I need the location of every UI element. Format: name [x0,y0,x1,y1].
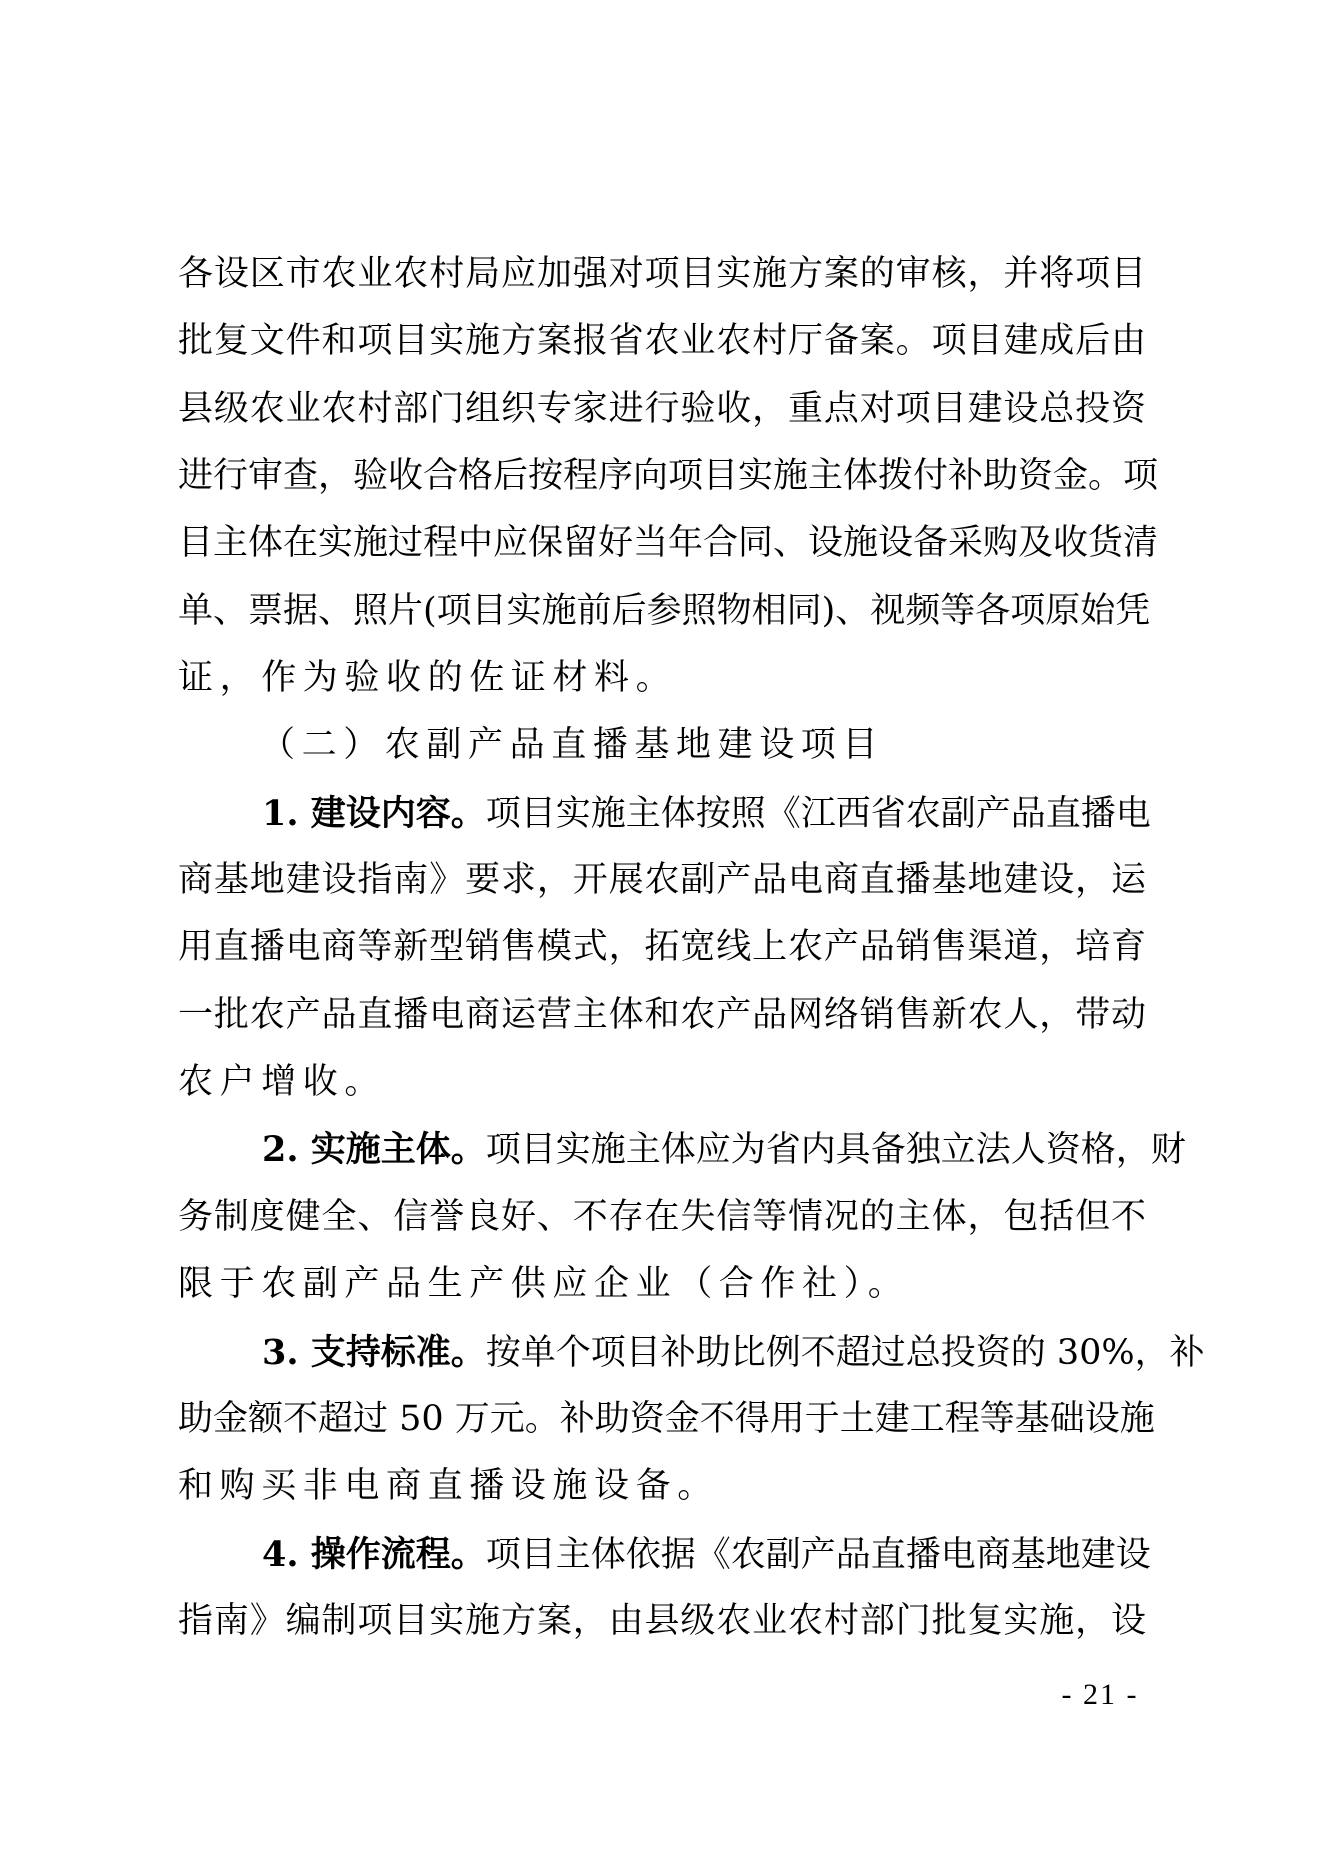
item-1-first-line: 1. 建设内容。项目实施主体按照《江西省农副产品直播电 [178,780,1146,847]
item-2-first-line: 2. 实施主体。项目实施主体应为省内具备独立法人资格，财 [178,1116,1146,1183]
page-number: - 21 - [1050,1678,1150,1712]
text-line: 用直播电商等新型销售模式，拓宽线上农产品销售渠道，培育 [178,914,1146,981]
text-line: 单、票据、照片(项目实施前后参照物相同)、视频等各项原始凭 [178,578,1146,645]
text-line: 县级农业农村部门组织专家进行验收，重点对项目建设总投资 [178,376,1146,443]
item-4-first-line: 4. 操作流程。项目主体依据《农副产品直播电商基地建设 [178,1521,1146,1588]
item-3-label: 3. 支持标准。 [262,1332,486,1373]
section-heading: （二）农副产品直播基地建设项目 [178,712,1146,779]
text-line: 农户增收。 [178,1049,1146,1116]
text-line: 限于农副产品生产供应企业（合作社）。 [178,1251,1146,1318]
item-1-label: 1. 建设内容。 [262,793,486,834]
document-body: 各设区市农业农村局应加强对项目实施方案的审核，并将项目 批复文件和项目实施方案报… [178,241,1146,1655]
text-line: 指南》编制项目实施方案，由县级农业农村部门批复实施，设 [178,1588,1146,1655]
text-line: 进行审查，验收合格后按程序向项目实施主体拨付补助资金。项 [178,443,1146,510]
item-4-text: 项目主体依据《农副产品直播电商基地建设 [486,1535,1151,1575]
text-line: 务制度健全、信誉良好、不存在失信等情况的主体，包括但不 [178,1184,1146,1251]
item-2-label: 2. 实施主体。 [262,1129,486,1170]
text-line: 和购买非电商直播设施设备。 [178,1453,1146,1520]
item-1-text: 项目实施主体按照《江西省农副产品直播电 [486,794,1151,834]
item-2-text: 项目实施主体应为省内具备独立法人资格，财 [486,1130,1186,1170]
text-line: 商基地建设指南》要求，开展农副产品电商直播基地建设，运 [178,847,1146,914]
text-line: 各设区市农业农村局应加强对项目实施方案的审核，并将项目 [178,241,1146,308]
text-line: 助金额不超过 50 万元。补助资金不得用于土建工程等基础设施 [178,1386,1146,1453]
text-line: 证，作为验收的佐证材料。 [178,645,1146,712]
text-line: 批复文件和项目实施方案报省农业农村厅备案。项目建成后由 [178,308,1146,375]
item-3-text: 按单个项目补助比例不超过总投资的 30%，补 [486,1333,1205,1373]
document-page: 各设区市农业农村局应加强对项目实施方案的审核，并将项目 批复文件和项目实施方案报… [0,0,1323,1871]
text-line: 一批农产品直播电商运营主体和农产品网络销售新农人，带动 [178,982,1146,1049]
item-3-first-line: 3. 支持标准。按单个项目补助比例不超过总投资的 30%，补 [178,1319,1146,1386]
item-4-label: 4. 操作流程。 [262,1534,486,1575]
text-line: 目主体在实施过程中应保留好当年合同、设施设备采购及收货清 [178,510,1146,577]
